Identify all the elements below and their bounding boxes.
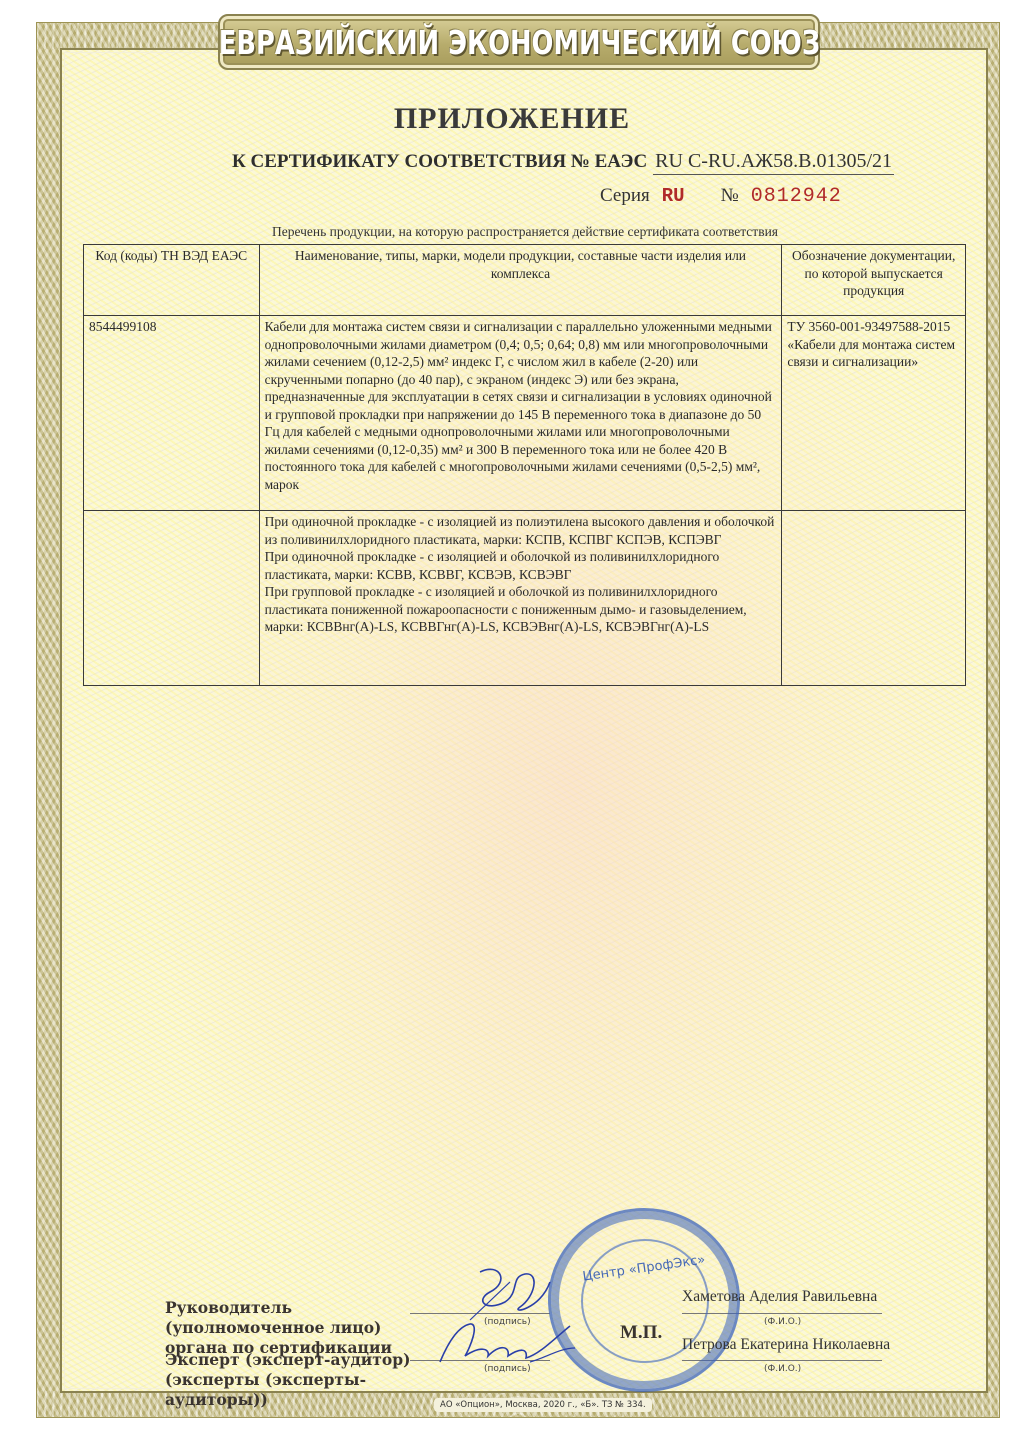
head-signature-icon	[450, 1262, 560, 1322]
certificate-number: RU C-RU.АЖ58.В.01305/21	[653, 150, 894, 175]
table-header-row: Код (коды) ТН ВЭД ЕАЭС Наименование, тип…	[84, 245, 966, 316]
expert-signature-icon	[430, 1318, 580, 1366]
cell-doc	[782, 511, 966, 686]
cell-code: 8544499108	[84, 316, 260, 511]
form-number: 0812942	[751, 185, 842, 208]
header-doc: Обозначение документации, по которой вып…	[782, 245, 966, 316]
cell-name: Кабели для монтажа систем связи и сигнал…	[259, 316, 782, 511]
printer-note: АО «Опцион», Москва, 2020 г., «Б». ТЗ № …	[434, 1398, 652, 1412]
head-name: Хаметова Аделия Равильевна	[682, 1288, 877, 1306]
cell-name: При одиночной прокладке - с изоляцией из…	[259, 511, 782, 686]
table-row: 8544499108 Кабели для монтажа систем свя…	[84, 316, 966, 511]
table-row: При одиночной прокладке - с изоляцией из…	[84, 511, 966, 686]
certificate-subtitle: К СЕРТИФИКАТУ СООТВЕТСТВИЯ № ЕАЭС	[232, 151, 647, 173]
brand-paragraph: При групповой прокладке - с изоляцией и …	[265, 583, 777, 636]
expert-fio-caption: (Ф.И.О.)	[764, 1364, 801, 1374]
header-name: Наименование, типы, марки, модели продук…	[259, 245, 782, 316]
certificate-reference: К СЕРТИФИКАТУ СООТВЕТСТВИЯ № ЕАЭС RU C-R…	[232, 150, 894, 175]
header-code: Код (коды) ТН ВЭД ЕАЭС	[84, 245, 260, 316]
union-banner: ЕВРАЗИЙСКИЙ ЭКОНОМИЧЕСКИЙ СОЮЗ	[218, 14, 820, 70]
expert-name: Петрова Екатерина Николаевна	[682, 1336, 890, 1354]
cell-doc: ТУ 3560-001-93497588-2015 «Кабели для мо…	[782, 316, 966, 511]
seal-label: М.П.	[620, 1322, 662, 1344]
series-row: Серия RU № 0812942	[600, 185, 842, 208]
head-fio-caption: (Ф.И.О.)	[764, 1317, 801, 1327]
series-value: RU	[662, 185, 685, 207]
brand-paragraph: При одиночной прокладке - с изоляцией и …	[265, 548, 777, 583]
head-label: Руководитель (уполномоченное лицо) орган…	[165, 1298, 415, 1358]
cell-code	[84, 511, 260, 686]
number-label: №	[721, 185, 739, 207]
series-label: Серия	[600, 185, 650, 207]
banner-title: ЕВРАЗИЙСКИЙ ЭКОНОМИЧЕСКИЙ СОЮЗ	[218, 23, 819, 62]
products-table: Код (коды) ТН ВЭД ЕАЭС Наименование, тип…	[83, 244, 966, 686]
page-title: ПРИЛОЖЕНИЕ	[0, 102, 1024, 136]
expert-label: Эксперт (эксперт-аудитор) (эксперты (экс…	[165, 1350, 425, 1410]
brand-paragraph: При одиночной прокладке - с изоляцией из…	[265, 513, 777, 548]
list-caption: Перечень продукции, на которую распростр…	[0, 224, 1024, 240]
